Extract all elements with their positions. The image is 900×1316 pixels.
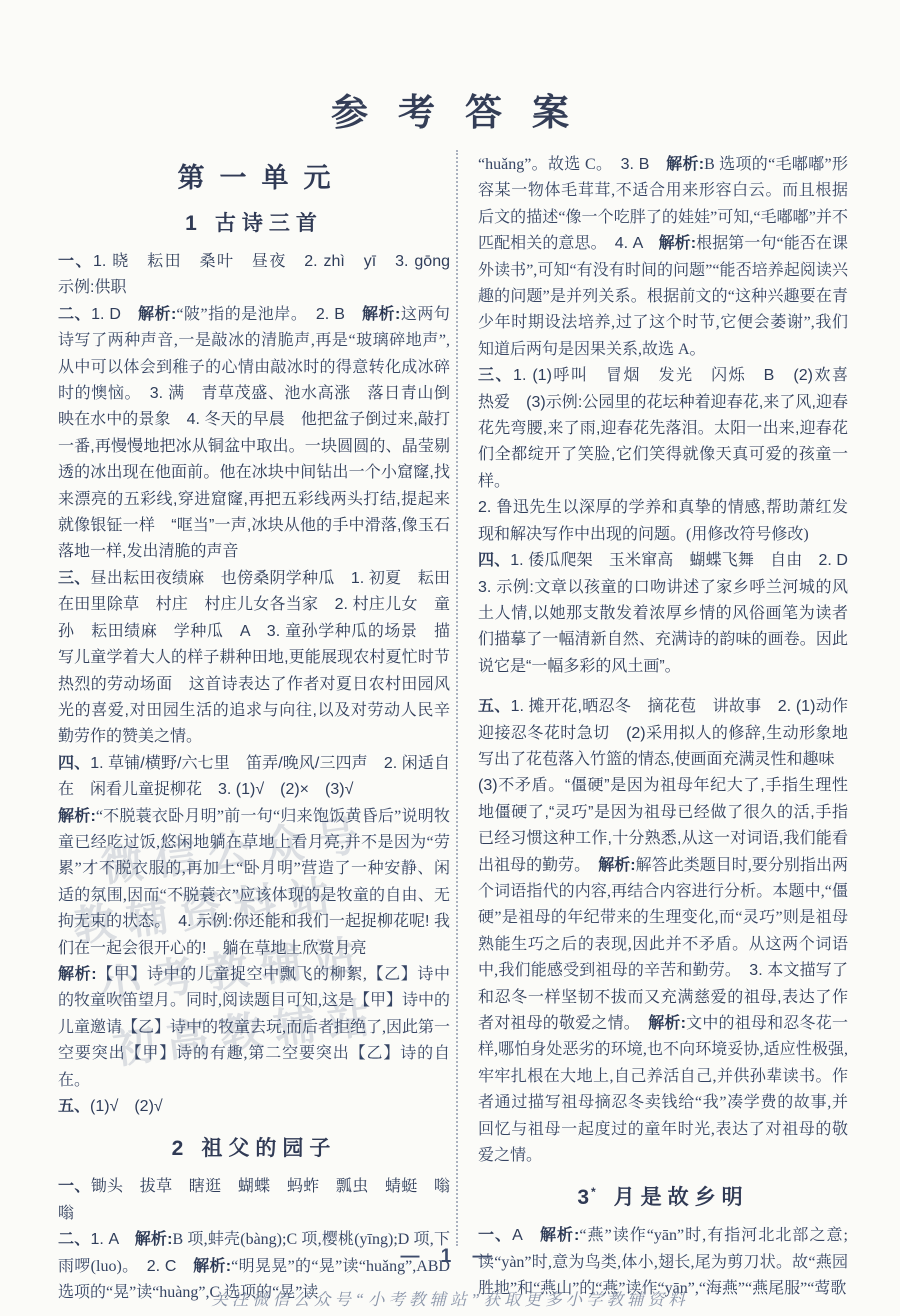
answer-paragraph-l1: 一、1. 晓 耘田 桑叶 昼夜 2. zhì yī 3. gōng 示例:供职 xyxy=(58,249,450,302)
lesson-3-title: 月是故乡明 xyxy=(614,1186,749,1209)
answer-paragraph-l3: 三、昼出耘田夜绩麻 也傍桑阴学种瓜 1. 初夏 耘田 在田里除草 村庄 村庄儿女… xyxy=(58,566,450,751)
lesson-1-number: 1 xyxy=(185,212,197,235)
lesson-2-title: 祖父的园子 xyxy=(201,1137,336,1160)
answer-paragraph-r3: 2. 鲁迅先生以深厚的学养和真挚的情感,帮助萧红发现和解决写作中出现的问题。(用… xyxy=(478,495,848,548)
unit-1-heading: 第一单元 xyxy=(58,156,450,195)
answer-paragraph-l5: 解析:“不脱蓑衣卧月明”前一句“归来饱饭黄昏后”说明牧童已经吃过饭,悠闲地躺在草… xyxy=(58,804,450,962)
lesson-2-number: 2 xyxy=(172,1137,184,1160)
lesson-1-title: 古诗三首 xyxy=(215,212,323,235)
lesson-3-number: 3* xyxy=(577,1186,595,1209)
answer-paragraph-l2: 二、1. D 解析:“陂”指的是池岸。 2. B 解析:这两句诗写了两种声音,一… xyxy=(58,302,450,566)
right-column: “huǎng”。故选 C。 3. B 解析:B 选项的“毛嘟嘟”形容某一物体毛茸… xyxy=(478,152,848,1303)
page-number: — 1 — xyxy=(0,1246,900,1268)
answer-paragraph-l8: 一、锄头 拔草 瞎逛 蝴蝶 蚂蚱 瓢虫 蜻蜓 嗡嗡 xyxy=(58,1174,450,1227)
left-column: 第一单元 1古诗三首 一、1. 晓 耘田 桑叶 昼夜 2. zhì yī 3. … xyxy=(58,152,450,1306)
lesson-3-heading: 3*月是故乡明 xyxy=(478,1181,848,1211)
answer-paragraph-r5: 五、1. 摊开花,晒忍冬 摘花苞 讲故事 2. (1)动作 迎接忍冬花时急切 (… xyxy=(478,694,848,773)
answer-paragraph-r6: (3)不矛盾。“僵硬”是因为祖母年纪大了,手指生理性地僵硬了,“灵巧”是因为祖母… xyxy=(478,773,848,1169)
lesson-1-heading: 1古诗三首 xyxy=(58,207,450,237)
answer-key-page: 参考答案 微信公众号 教辅资料站 小考教辅站 初高教辅站 第一单元 1古诗三首 … xyxy=(0,0,900,1316)
page-title: 参考答案 xyxy=(0,82,900,136)
answer-paragraph-r2: 三、1. (1)呼叫 冒烟 发光 闪烁 B (2)欢喜 热爱 (3)示例:公园里… xyxy=(478,363,848,495)
asterisk-mark: * xyxy=(591,1185,596,1199)
answer-paragraph-r1: “huǎng”。故选 C。 3. B 解析:B 选项的“毛嘟嘟”形容某一物体毛茸… xyxy=(478,152,848,363)
answer-paragraph-l7: 五、(1)√ (2)√ xyxy=(58,1094,450,1120)
lesson-2-heading: 2祖父的园子 xyxy=(58,1132,450,1162)
answer-paragraph-l4: 四、1. 草铺/横野/六七里 笛弄/晚风/三四声 2. 闲适自在 闲看儿童捉柳花… xyxy=(58,751,450,804)
content-columns: 第一单元 1古诗三首 一、1. 晓 耘田 桑叶 昼夜 2. zhì yī 3. … xyxy=(58,152,848,1306)
footer-note: 关注微信公众号“小考教辅站”获取更多小学教辅资料 xyxy=(0,1286,900,1310)
answer-paragraph-l6: 解析:【甲】诗中的儿童捉空中飘飞的柳絮,【乙】诗中的牧童吹笛望月。同时,阅读题目… xyxy=(58,962,450,1094)
answer-paragraph-r4: 四、1. 倭瓜爬架 玉米窜高 蝴蝶飞舞 自由 2. D 3. 示例:文章以孩童的… xyxy=(478,548,848,680)
